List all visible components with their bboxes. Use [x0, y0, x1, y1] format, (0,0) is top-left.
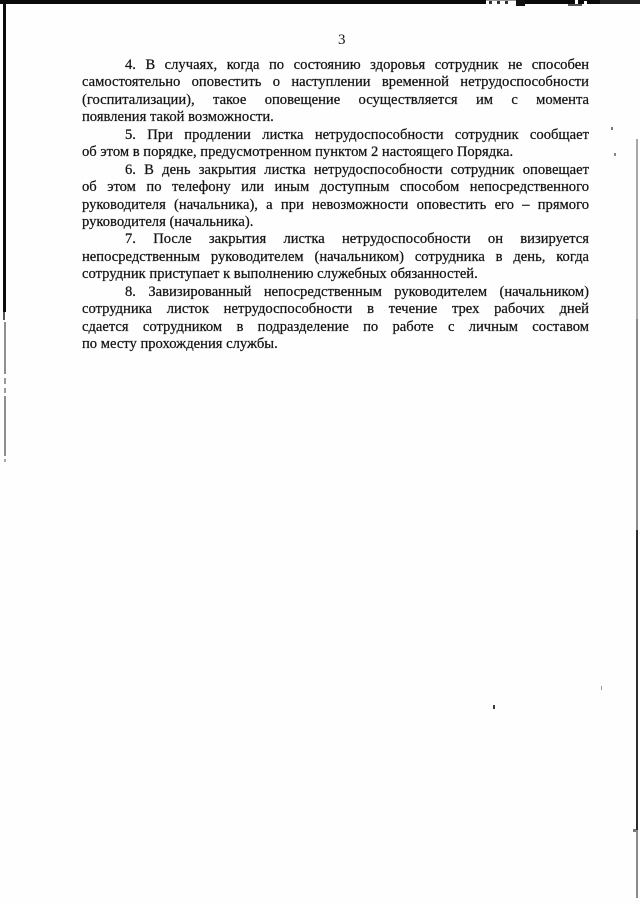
text-line: сотрудник приступает к выполнению служеб…	[82, 266, 589, 283]
scan-edge-left-segment	[4, 396, 6, 456]
scan-edge-top-tick	[489, 1, 492, 4]
scan-edge-left-dash	[4, 388, 6, 393]
scan-speck	[601, 686, 602, 690]
scan-edge-right	[636, 319, 638, 530]
text-line: 4. В случаях, когда по состоянию здоровь…	[82, 57, 589, 74]
page-number: 3	[338, 32, 346, 49]
text-line: 8. Завизированный непосредственным руков…	[82, 284, 589, 301]
scan-speck	[611, 127, 613, 130]
text-line: сотрудника листок нетрудоспособности в т…	[82, 301, 589, 318]
text-line: самостоятельно оповестить о наступлении …	[82, 74, 589, 91]
scan-edge-left-dash	[4, 378, 6, 384]
text-line: об этом по телефону или иным доступным с…	[82, 179, 589, 196]
scan-edge-left	[3, 2, 6, 312]
text-line: 7. После закрытия листка нетрудоспособно…	[82, 231, 589, 248]
scan-edge-top-smudge	[568, 4, 582, 6]
text-line: руководителя (начальника).	[82, 214, 589, 231]
scan-edge-top-tick	[497, 1, 500, 4]
scan-edge-top-gap	[584, 1, 587, 4]
text-line: сдается сотрудником в подразделение по р…	[82, 319, 589, 336]
scan-edge-top-smudge	[600, 0, 640, 4]
scan-speck	[614, 153, 616, 156]
scan-edge-top-tick	[505, 1, 508, 4]
text-line: по месту прохождения службы.	[82, 336, 589, 353]
document-text: 4. В случаях, когда по состоянию здоровь…	[82, 57, 589, 353]
text-line: непосредственным руководителем (начальни…	[82, 249, 589, 266]
scan-edge-top-blob	[516, 0, 525, 6]
scan-edge-left-segment	[4, 322, 6, 374]
scan-edge-right	[636, 139, 638, 319]
text-line: 6. В день закрытия листка нетрудоспособн…	[82, 162, 589, 179]
text-line: появления такой возможности.	[82, 109, 589, 126]
scan-edge-right	[636, 830, 638, 898]
text-line: руководителя (начальника), а при невозмо…	[82, 197, 589, 214]
scan-edge-right-dark	[636, 530, 638, 830]
scan-edge-left-dot	[4, 459, 6, 462]
scan-edge-right-tick	[633, 829, 636, 832]
scan-edge-top	[0, 0, 640, 4]
text-line: (госпитализации), такое оповещение осуще…	[82, 92, 589, 109]
text-line: 5. При продлении листка нетрудоспособнос…	[82, 127, 589, 144]
scan-edge-left-fade	[3, 312, 5, 320]
scan-speck	[493, 705, 495, 709]
document-page: 3 4. В случаях, когда по состоянию здоро…	[0, 0, 640, 905]
text-line: об этом в порядке, предусмотренном пункт…	[82, 144, 589, 161]
